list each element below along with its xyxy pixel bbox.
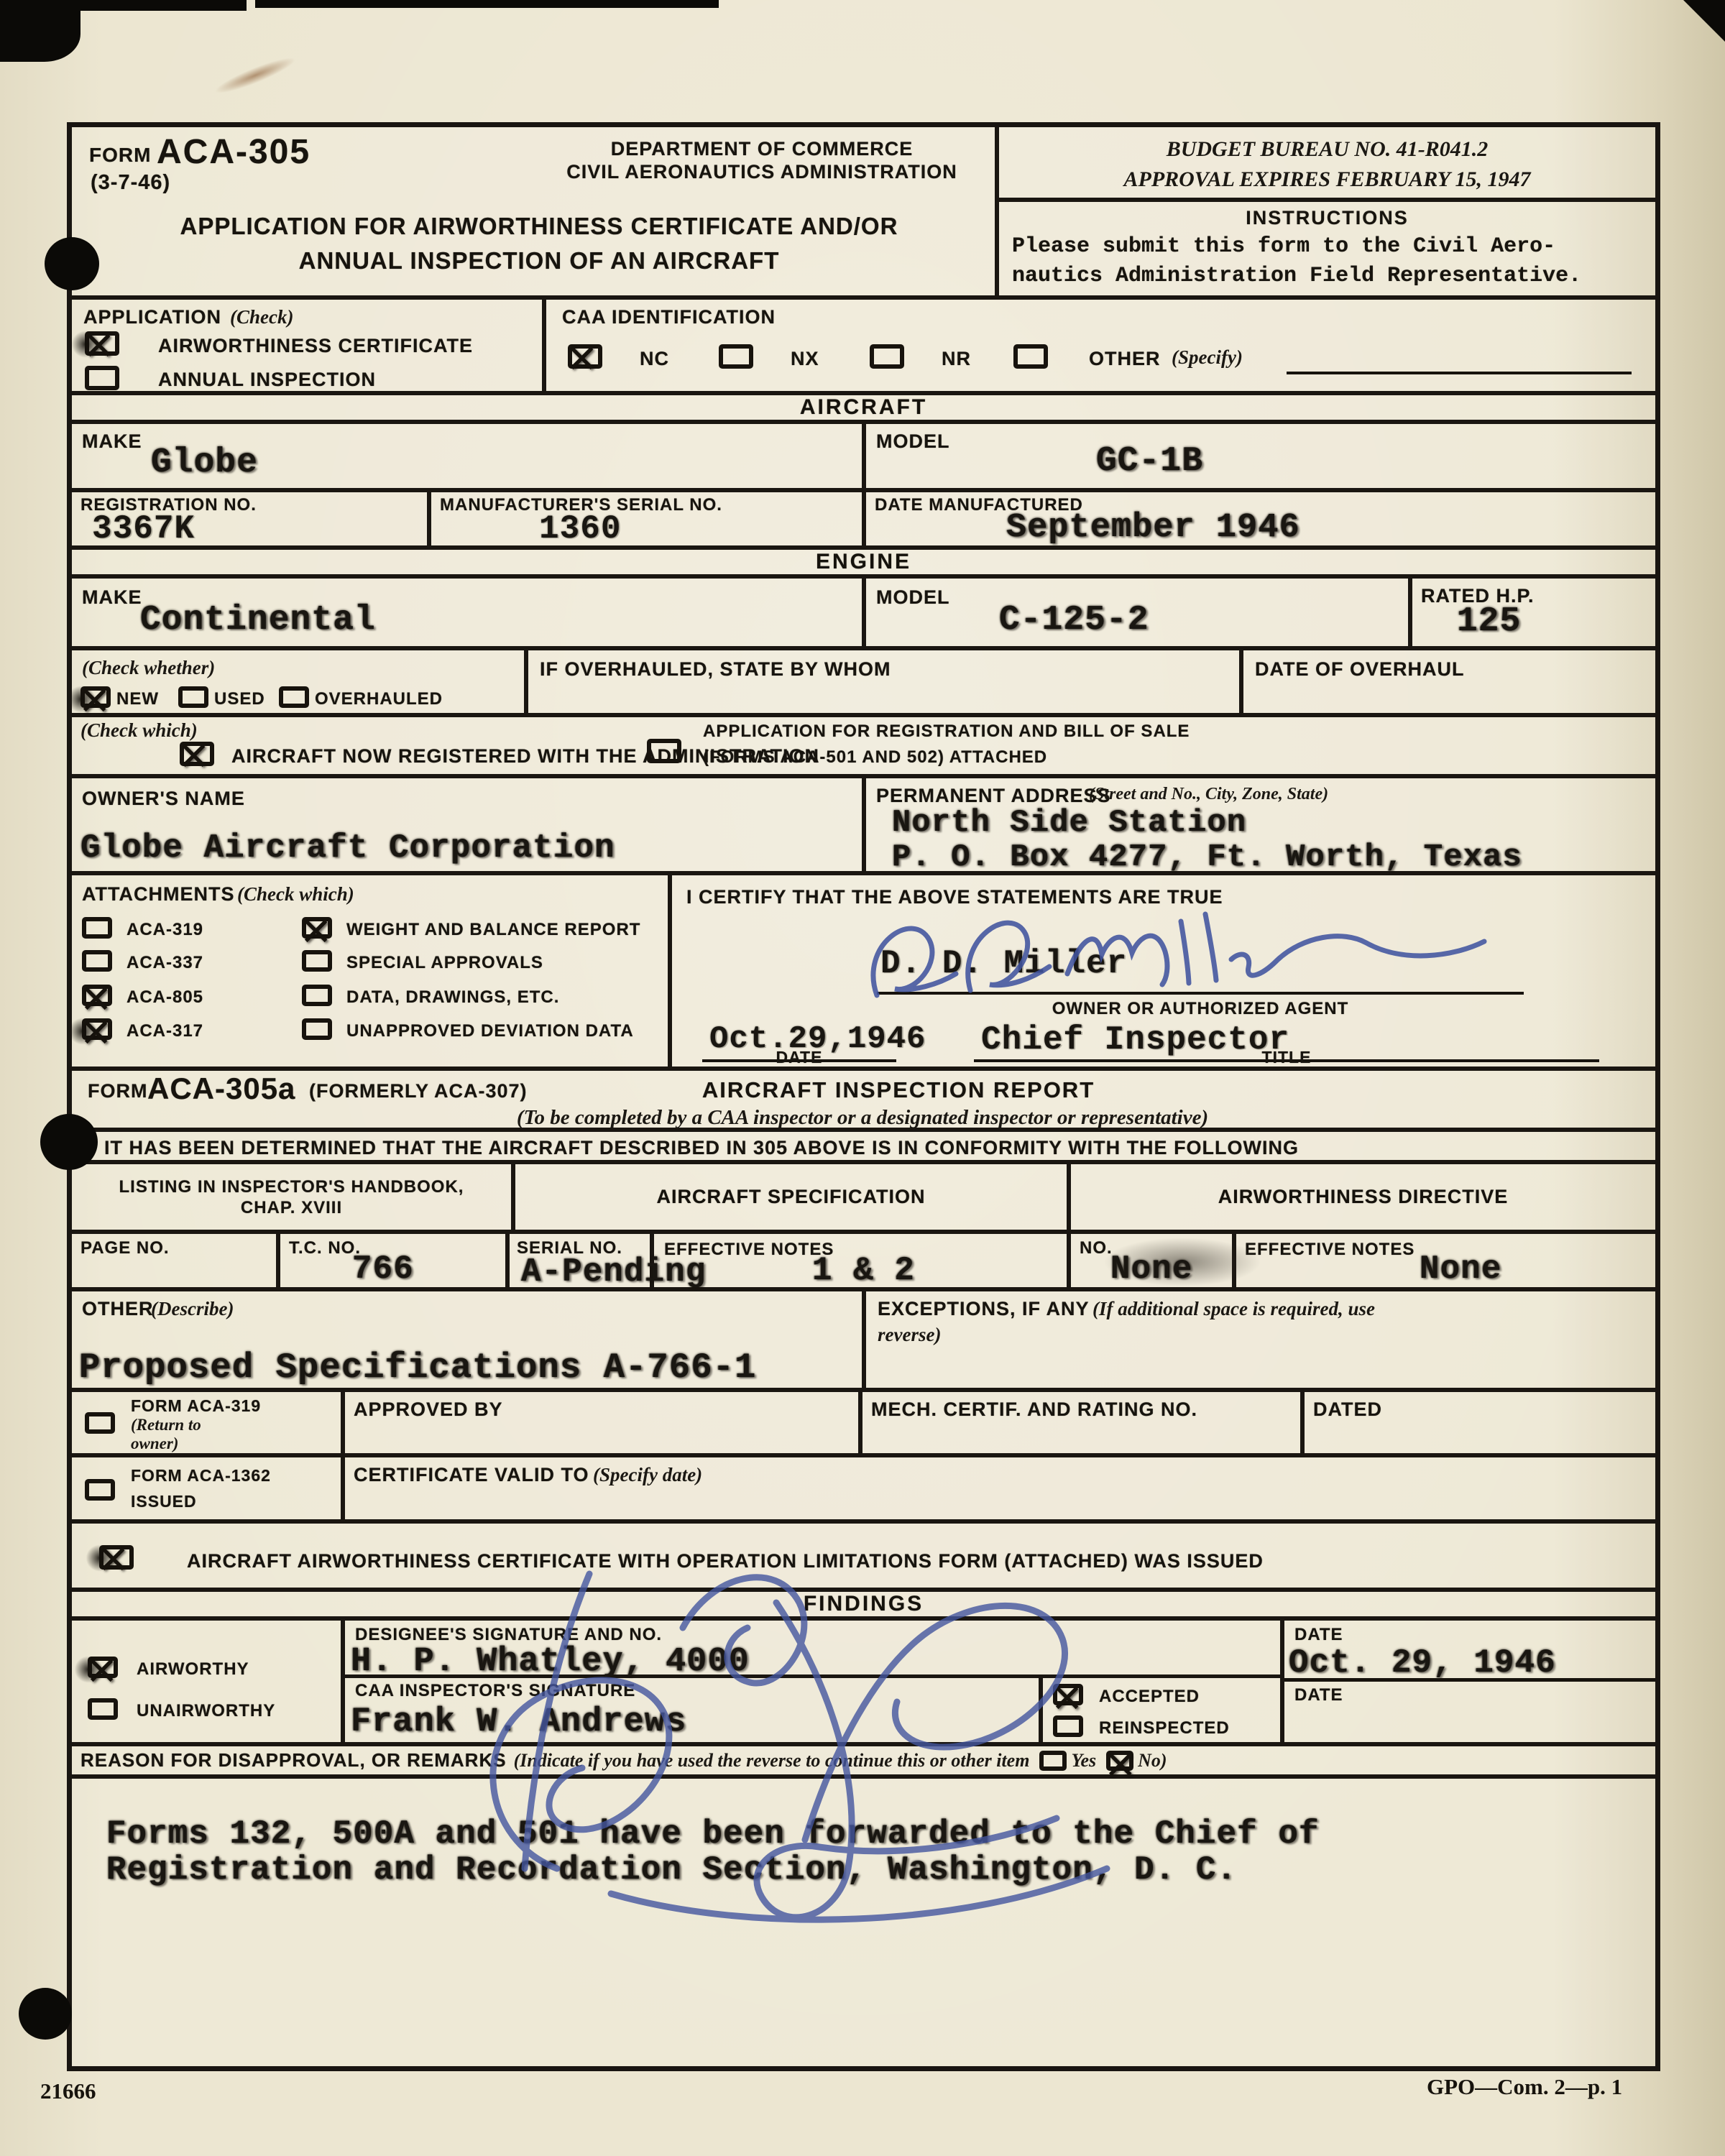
application-cell: APPLICATION (Check) AIRWORTHINESS CERTIF… bbox=[72, 300, 546, 391]
caa-other-line bbox=[1287, 372, 1632, 374]
attachments-cell: ATTACHMENTS (Check which) ACA-319 ACA-33… bbox=[72, 875, 672, 1067]
owner-address-line1: North Side Station bbox=[892, 806, 1246, 840]
application-label-italic: (Check) bbox=[230, 305, 293, 328]
data-drawings-label: DATA, DRAWINGS, ETC. bbox=[346, 987, 559, 1008]
scan-corner-artifact-tr bbox=[1683, 0, 1725, 42]
report-subtitle: (To be completed by a CAA inspector or a… bbox=[180, 1105, 1545, 1130]
department-line1: DEPARTMENT OF COMMERCE bbox=[446, 137, 1078, 160]
caa-other-checkbox[interactable] bbox=[1013, 344, 1048, 369]
header-left-cell: FORM ACA-305 (3-7-46) DEPARTMENT OF COMM… bbox=[72, 127, 999, 295]
department-line2: CIVIL AERONAUTICS ADMINISTRATION bbox=[446, 160, 1078, 183]
aircraft-make-cell: MAKE Globe bbox=[72, 424, 866, 488]
aca-319-label: ACA-319 bbox=[126, 920, 203, 941]
instructions-title: INSTRUCTIONS bbox=[999, 206, 1655, 229]
engine-condition-cell: (Check whether) NEW USED OVERHAULED bbox=[72, 650, 528, 713]
footer-gpo: GPO—Com. 2—p. 1 bbox=[1427, 2074, 1622, 2100]
registered-checkbox[interactable] bbox=[180, 742, 214, 766]
tc-no-value: 766 bbox=[352, 1251, 414, 1288]
form-aca319-line2: (Return to bbox=[131, 1415, 201, 1435]
form-aca319-line1: FORM ACA-319 bbox=[131, 1396, 261, 1416]
budget-box: BUDGET BUREAU NO. 41-R041.2 APPROVAL EXP… bbox=[999, 127, 1655, 202]
cert-valid-italic: (Specify date) bbox=[593, 1463, 702, 1486]
engine-model-value: C-125-2 bbox=[999, 602, 1149, 640]
header-row: FORM ACA-305 (3-7-46) DEPARTMENT OF COMM… bbox=[72, 127, 1655, 300]
registration-status-cell: (Check which) AIRCRAFT NOW REGISTERED WI… bbox=[72, 717, 1655, 774]
cert-valid-label: CERTIFICATE VALID TO bbox=[354, 1463, 589, 1486]
aca319-row: FORM ACA-319 (Return to owner) APPROVED … bbox=[72, 1392, 1655, 1457]
annual-inspection-checkbox[interactable] bbox=[85, 366, 119, 390]
engine-section-title: ENGINE bbox=[816, 550, 911, 574]
weight-balance-checkbox[interactable] bbox=[302, 917, 332, 939]
listing-line2: CHAP. XVIII bbox=[72, 1198, 511, 1219]
serial-no-value: A-Pending bbox=[521, 1254, 706, 1291]
form-title-line2: ANNUAL INSPECTION OF AN AIRCRAFT bbox=[115, 247, 963, 275]
engine-condition-row: (Check whether) NEW USED OVERHAULED IF O… bbox=[72, 650, 1655, 717]
caa-nc-label: NC bbox=[640, 347, 669, 370]
caa-other-specify: (Specify) bbox=[1172, 346, 1243, 369]
budget-line2: APPROVAL EXPIRES FEBRUARY 15, 1947 bbox=[999, 165, 1655, 195]
instructions-line1: Please submit this form to the Civil Aer… bbox=[999, 229, 1655, 262]
special-approvals-label: SPECIAL APPROVALS bbox=[346, 953, 543, 974]
form-aca1362-line1: FORM ACA-1362 bbox=[131, 1466, 271, 1486]
owner-address-cell: PERMANENT ADDRESS (Street and No., City,… bbox=[866, 778, 1655, 871]
bill-of-sale-line2: (FORMS ACA-501 AND 502) ATTACHED bbox=[703, 747, 1047, 768]
header-right-cell: BUDGET BUREAU NO. 41-R041.2 APPROVAL EXP… bbox=[999, 127, 1655, 295]
miller-signature bbox=[837, 884, 1520, 1028]
data-drawings-checkbox[interactable] bbox=[302, 985, 332, 1006]
instructions-box: INSTRUCTIONS Please submit this form to … bbox=[999, 206, 1655, 290]
unapproved-deviation-checkbox[interactable] bbox=[302, 1018, 332, 1040]
form-aca319-checkbox[interactable] bbox=[85, 1412, 115, 1434]
engine-check-whether-label: (Check whether) bbox=[82, 656, 215, 679]
page-no-cell: PAGE NO. bbox=[72, 1234, 280, 1287]
form-label: FORM bbox=[89, 143, 151, 167]
engine-new-label: NEW bbox=[116, 689, 159, 710]
annual-inspection-label: ANNUAL INSPECTION bbox=[158, 368, 376, 391]
aca1362-cell: FORM ACA-1362 ISSUED bbox=[72, 1457, 345, 1519]
overhaul-date-label: DATE OF OVERHAUL bbox=[1255, 658, 1465, 681]
caa-nx-label: NX bbox=[791, 347, 819, 370]
engine-used-checkbox[interactable] bbox=[178, 686, 208, 708]
instructions-line2: nautics Administration Field Representat… bbox=[999, 262, 1655, 291]
owner-address-label-italic: (Street and No., City, Zone, State) bbox=[1089, 784, 1328, 805]
caa-nx-checkbox[interactable] bbox=[719, 344, 753, 369]
date-manufactured-cell: DATE MANUFACTURED September 1946 bbox=[866, 492, 1655, 545]
mech-certif-cell: MECH. CERTIF. AND RATING NO. bbox=[862, 1392, 1305, 1453]
other-row: OTHER (Describe) Proposed Specifications… bbox=[72, 1291, 1655, 1392]
form-aca1362-checkbox[interactable] bbox=[85, 1479, 115, 1501]
scan-edge-artifact-2 bbox=[255, 0, 719, 8]
exceptions-cell: EXCEPTIONS, IF ANY (If additional space … bbox=[866, 1291, 1655, 1388]
findings-date-value: Oct. 29, 1946 bbox=[1289, 1645, 1556, 1682]
application-row: APPLICATION (Check) AIRWORTHINESS CERTIF… bbox=[72, 300, 1655, 395]
other-label: OTHER bbox=[82, 1297, 154, 1320]
caa-identification-cell: CAA IDENTIFICATION NC NX NR OTHER (Speci… bbox=[546, 300, 1655, 391]
engine-overhauled-checkbox[interactable] bbox=[279, 686, 309, 708]
form-aca319-line3: owner) bbox=[131, 1434, 178, 1454]
mech-certif-label: MECH. CERTIF. AND RATING NO. bbox=[871, 1398, 1197, 1421]
listing-line1: LISTING IN INSPECTOR'S HANDBOOK, bbox=[72, 1177, 511, 1198]
unairworthy-checkbox[interactable] bbox=[88, 1698, 118, 1720]
aca1362-row: FORM ACA-1362 ISSUED CERTIFICATE VALID T… bbox=[72, 1457, 1655, 1524]
aca-337-label: ACA-337 bbox=[126, 953, 203, 974]
findings-date-cell: DATE Oct. 29, 1946 DATE bbox=[1284, 1621, 1655, 1742]
engine-hp-cell: RATED H.P. 125 bbox=[1412, 579, 1655, 646]
form-date: (3-7-46) bbox=[91, 170, 170, 195]
listing-column-header: LISTING IN INSPECTOR'S HANDBOOK, CHAP. X… bbox=[72, 1164, 515, 1230]
owner-name-label: OWNER'S NAME bbox=[82, 787, 245, 810]
determination-text: IT HAS BEEN DETERMINED THAT THE AIRCRAFT… bbox=[104, 1136, 1299, 1159]
overhauled-by-cell: IF OVERHAULED, STATE BY WHOM bbox=[528, 650, 1243, 713]
aircraft-model-value: GC-1B bbox=[1096, 443, 1203, 481]
aircraft-make-row: MAKE Globe MODEL GC-1B bbox=[72, 424, 1655, 492]
report-form-number: ACA-305a bbox=[147, 1071, 295, 1107]
engine-make-label: MAKE bbox=[82, 586, 142, 609]
other-cell: OTHER (Describe) Proposed Specifications… bbox=[72, 1291, 866, 1388]
attachments-label-italic: (Check which) bbox=[237, 883, 354, 906]
aircraft-model-label: MODEL bbox=[876, 430, 950, 453]
report-title: AIRCRAFT INSPECTION REPORT bbox=[539, 1077, 1258, 1103]
cert-valid-cell: CERTIFICATE VALID TO (Specify date) bbox=[345, 1457, 1655, 1519]
spec-column-label: AIRCRAFT SPECIFICATION bbox=[657, 1186, 926, 1208]
aca-317-checkbox[interactable] bbox=[82, 1018, 112, 1040]
registration-cell: REGISTRATION NO. 3367K bbox=[72, 492, 431, 545]
form-aca1362-line2: ISSUED bbox=[131, 1492, 197, 1512]
unapproved-deviation-label: UNAPPROVED DEVIATION DATA bbox=[346, 1021, 634, 1042]
footer-serial: 21666 bbox=[40, 2078, 96, 2104]
engine-model-label: MODEL bbox=[876, 586, 950, 609]
report-header-cell: FORM ACA-305a (FORMERLY ACA-307) AIRCRAF… bbox=[72, 1071, 1655, 1128]
report-form-label: FORM bbox=[88, 1079, 147, 1102]
form-title-line1: APPLICATION FOR AIRWORTHINESS CERTIFICAT… bbox=[115, 212, 963, 241]
airworthy-label: AIRWORTHY bbox=[137, 1659, 249, 1680]
unairworthy-label: UNAIRWORTHY bbox=[137, 1701, 275, 1722]
engine-make-row: MAKE Continental MODEL C-125-2 RATED H.P… bbox=[72, 579, 1655, 650]
findings-verdict-cell: AIRWORTHY UNAIRWORTHY bbox=[72, 1621, 345, 1742]
engine-new-checkbox[interactable] bbox=[80, 686, 111, 708]
engine-section-band: ENGINE bbox=[72, 550, 1655, 579]
date-manufactured-value: September 1946 bbox=[1006, 510, 1300, 547]
findings-date-divider bbox=[1284, 1678, 1655, 1682]
bill-of-sale-line1: APPLICATION FOR REGISTRATION AND BILL OF… bbox=[703, 722, 1190, 742]
other-value: Proposed Specifications A-766-1 bbox=[79, 1349, 757, 1388]
directive-column-label: AIRWORTHINESS DIRECTIVE bbox=[1218, 1186, 1509, 1208]
other-label-italic: (Describe) bbox=[151, 1297, 234, 1320]
scan-edge-artifact-1 bbox=[42, 0, 247, 11]
engine-make-value: Continental bbox=[140, 602, 376, 640]
effective-notes-value: 1 & 2 bbox=[812, 1253, 915, 1289]
dated-cell: DATED bbox=[1305, 1392, 1655, 1453]
aircraft-make-value: Globe bbox=[151, 444, 258, 482]
page-no-label: PAGE NO. bbox=[80, 1238, 170, 1259]
owner-name-value: Globe Aircraft Corporation bbox=[80, 830, 615, 867]
aircraft-section-title: AIRCRAFT bbox=[800, 395, 927, 420]
owner-name-cell: OWNER'S NAME Globe Aircraft Corporation bbox=[72, 778, 866, 871]
directive-column-header: AIRWORTHINESS DIRECTIVE bbox=[1071, 1164, 1655, 1230]
overhaul-date-cell: DATE OF OVERHAUL bbox=[1243, 650, 1655, 713]
approved-by-label: APPROVED BY bbox=[354, 1398, 503, 1421]
paper-stain bbox=[202, 47, 309, 104]
aca-319-checkbox[interactable] bbox=[82, 917, 112, 939]
spec-values-row: PAGE NO. T.C. NO. SERIAL NO. EFFECTIVE N… bbox=[72, 1234, 1655, 1291]
department-block: DEPARTMENT OF COMMERCE CIVIL AERONAUTICS… bbox=[446, 137, 1078, 184]
dated-label: DATED bbox=[1313, 1398, 1382, 1421]
punch-hole-top bbox=[45, 237, 99, 290]
serial-value: 1360 bbox=[539, 511, 621, 548]
certify-title-label: TITLE bbox=[974, 1048, 1599, 1068]
directive-no-value: None bbox=[1110, 1251, 1192, 1288]
caa-identification-label: CAA IDENTIFICATION bbox=[562, 305, 776, 328]
airworthiness-certificate-checkbox[interactable] bbox=[85, 331, 119, 356]
whatley-signature bbox=[374, 1531, 1200, 1948]
findings-date-label: DATE bbox=[1294, 1625, 1343, 1646]
approved-by-cell: APPROVED BY bbox=[345, 1392, 862, 1453]
aca-805-checkbox[interactable] bbox=[82, 985, 112, 1006]
special-approvals-checkbox[interactable] bbox=[302, 950, 332, 972]
attachments-label: ATTACHMENTS bbox=[82, 883, 234, 906]
report-header-row: FORM ACA-305a (FORMERLY ACA-307) AIRCRAF… bbox=[72, 1071, 1655, 1132]
budget-line1: BUDGET BUREAU NO. 41-R041.2 bbox=[999, 134, 1655, 165]
certify-date-label: DATE bbox=[702, 1048, 896, 1068]
punch-hole-bottom bbox=[19, 1988, 72, 2040]
engine-overhauled-label: OVERHAULED bbox=[315, 689, 443, 710]
bill-of-sale-checkbox[interactable] bbox=[647, 739, 681, 763]
caa-nr-label: NR bbox=[942, 347, 971, 370]
exceptions-italic1: (If additional space is required, use bbox=[1092, 1298, 1375, 1319]
airworthy-checkbox[interactable] bbox=[88, 1657, 118, 1678]
aca319-cell: FORM ACA-319 (Return to owner) bbox=[72, 1392, 345, 1453]
aca-337-checkbox[interactable] bbox=[82, 950, 112, 972]
weight-balance-label: WEIGHT AND BALANCE REPORT bbox=[346, 920, 640, 941]
caa-other-label: OTHER bbox=[1089, 347, 1161, 370]
scanned-form-page: FORM ACA-305 (3-7-46) DEPARTMENT OF COMM… bbox=[0, 0, 1725, 2156]
exceptions-italic2: reverse) bbox=[878, 1324, 941, 1345]
aca-317-label: ACA-317 bbox=[126, 1021, 203, 1042]
directive-notes-value: None bbox=[1420, 1251, 1501, 1288]
owner-address-line2: P. O. Box 4277, Ft. Worth, Texas bbox=[892, 840, 1522, 875]
owner-row: OWNER'S NAME Globe Aircraft Corporation … bbox=[72, 778, 1655, 875]
tc-no-label: T.C. NO. bbox=[289, 1238, 361, 1259]
form-title: APPLICATION FOR AIRWORTHINESS CERTIFICAT… bbox=[115, 212, 963, 275]
spec-column-header: AIRCRAFT SPECIFICATION bbox=[515, 1164, 1071, 1230]
form-number: ACA-305 bbox=[157, 132, 310, 173]
punch-hole-middle bbox=[40, 1114, 98, 1170]
engine-used-label: USED bbox=[214, 689, 265, 710]
registration-status-row: (Check which) AIRCRAFT NOW REGISTERED WI… bbox=[72, 717, 1655, 778]
certificate-issued-checkbox[interactable] bbox=[99, 1545, 134, 1570]
aircraft-registration-row: REGISTRATION NO. 3367K MANUFACTURER'S SE… bbox=[72, 492, 1655, 550]
aca-805-label: ACA-805 bbox=[126, 987, 203, 1008]
serial-cell: MANUFACTURER'S SERIAL NO. 1360 bbox=[431, 492, 866, 545]
caa-nc-checkbox[interactable] bbox=[568, 344, 602, 369]
aircraft-section-band: AIRCRAFT bbox=[72, 395, 1655, 424]
report-formerly: (FORMERLY ACA-307) bbox=[309, 1079, 528, 1102]
report-columns-row: LISTING IN INSPECTOR'S HANDBOOK, CHAP. X… bbox=[72, 1164, 1655, 1234]
owner-address-label: PERMANENT ADDRESS bbox=[876, 784, 1111, 807]
overhauled-by-label: IF OVERHAULED, STATE BY WHOM bbox=[540, 658, 891, 681]
engine-hp-value: 125 bbox=[1457, 603, 1521, 641]
engine-make-cell: MAKE Continental bbox=[72, 579, 866, 646]
caa-nr-checkbox[interactable] bbox=[870, 344, 904, 369]
airworthiness-certificate-label: AIRWORTHINESS CERTIFICATE bbox=[158, 334, 473, 357]
engine-model-cell: MODEL C-125-2 bbox=[866, 579, 1412, 646]
registration-value: 3367K bbox=[92, 511, 195, 548]
exceptions-label: EXCEPTIONS, IF ANY bbox=[878, 1298, 1090, 1319]
aircraft-model-cell: MODEL GC-1B bbox=[866, 424, 1655, 488]
determination-row: IT HAS BEEN DETERMINED THAT THE AIRCRAFT… bbox=[72, 1132, 1655, 1164]
findings-date2-label: DATE bbox=[1294, 1685, 1343, 1706]
aircraft-make-label: MAKE bbox=[82, 430, 142, 453]
